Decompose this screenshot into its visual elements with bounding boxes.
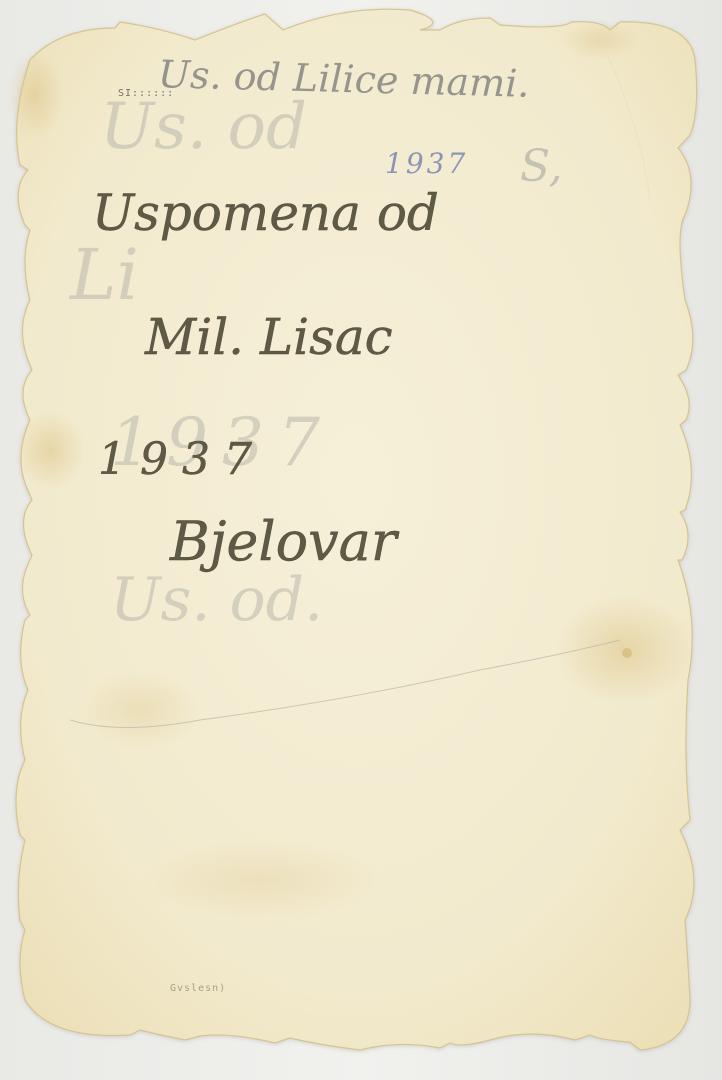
inscription-year: 1937	[98, 438, 266, 482]
inscription-place: Bjelovar	[170, 515, 397, 569]
ghost-pencil-top: Us. od	[100, 95, 307, 159]
ghost-pencil-s: S,	[520, 145, 563, 189]
inscription-blue-year: 1937	[385, 150, 468, 178]
inscription-name: Mil. Lisac	[145, 312, 393, 362]
ghost-pencil-bottom: Us. od.	[110, 570, 323, 630]
inscription-top-pencil: Us. od Lilice mami.	[158, 55, 530, 103]
inscription-uspomena: Uspomena od	[92, 188, 439, 238]
ghost-pencil-left: Li	[70, 240, 139, 310]
printed-stamp-bottom: Gvslesn)	[170, 983, 226, 994]
